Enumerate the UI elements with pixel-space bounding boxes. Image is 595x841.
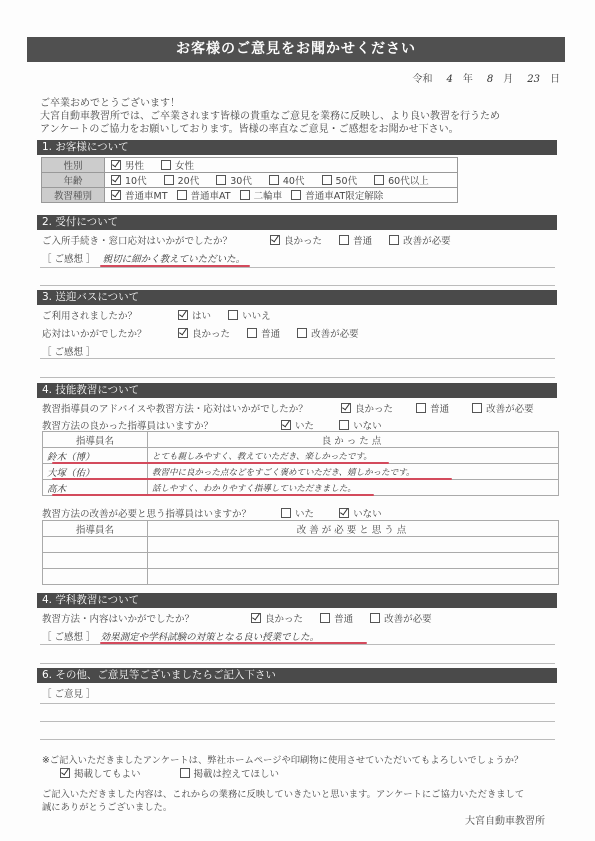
question-text: ご利用されましたか？ bbox=[42, 308, 175, 322]
option-age-10s[interactable]: 10代 bbox=[111, 173, 147, 187]
option-average[interactable]: 普通 bbox=[339, 233, 372, 247]
checkbox-icon[interactable] bbox=[228, 310, 238, 320]
option-label: いいえ bbox=[242, 311, 271, 322]
intro-line: 大宮自動車教習所では、ご卒業されます皆様の貴重なご意見を業務に反映し、より良い教… bbox=[40, 110, 560, 123]
checkbox-icon[interactable] bbox=[180, 768, 190, 778]
option-label: 良かった bbox=[265, 614, 303, 625]
option-average[interactable]: 普通 bbox=[320, 611, 353, 625]
option-needs-improvement[interactable]: 改善が必要 bbox=[472, 401, 534, 415]
checkbox-icon[interactable] bbox=[472, 403, 482, 413]
good-instructor-row: 教習方法の良かった指導員はいますか？ いた いない bbox=[42, 418, 396, 432]
day-label: 日 bbox=[550, 70, 560, 85]
checkbox-icon[interactable] bbox=[291, 190, 301, 200]
checkbox-checked-icon[interactable] bbox=[341, 403, 351, 413]
column-header: 指導員名 bbox=[43, 521, 148, 537]
instructor-name-cell[interactable] bbox=[43, 569, 148, 585]
month-label: 月 bbox=[503, 70, 513, 85]
option-average[interactable]: 普通 bbox=[416, 401, 449, 415]
row-label: 性別 bbox=[42, 158, 105, 173]
improve-point-cell[interactable] bbox=[148, 569, 559, 585]
option-good[interactable]: 良かった bbox=[270, 233, 322, 247]
instructor-name-cell[interactable] bbox=[43, 537, 148, 553]
bus-comment-row: ［ ご感想 ］ bbox=[42, 344, 96, 358]
table-header-row: 指導員名 良かった点 bbox=[43, 432, 559, 448]
bus-usage-row: ご利用されましたか？ はい いいえ bbox=[42, 308, 285, 322]
question-text: ご入所手続き・窓口応対はいかがでしたか？ bbox=[42, 233, 267, 247]
checkbox-icon[interactable] bbox=[161, 160, 171, 170]
option-at-limit-removal[interactable]: 普通車AT限定解除 bbox=[291, 188, 383, 202]
checkbox-checked-icon[interactable] bbox=[111, 175, 121, 185]
improve-instructor-row: 教習方法の改善が必要と思う指導員はいますか？ いた いない bbox=[42, 506, 396, 520]
writing-line bbox=[40, 703, 555, 704]
checkbox-icon[interactable] bbox=[374, 175, 384, 185]
option-label: 50代 bbox=[336, 176, 358, 187]
writing-line bbox=[40, 358, 555, 359]
writing-line bbox=[40, 267, 555, 268]
option-female[interactable]: 女性 bbox=[161, 158, 194, 172]
option-label: 30代 bbox=[230, 176, 252, 187]
option-label: 40代 bbox=[283, 176, 305, 187]
closing-line: ご記入いただきました内容は、これからの業務に反映していきたいと思います。アンケー… bbox=[42, 788, 524, 801]
option-none[interactable]: いない bbox=[339, 506, 382, 520]
option-label: 普通 bbox=[353, 236, 372, 247]
classroom-rating-row: 教習方法・内容はいかがでしたか？ 良かった 普通 改善が必要 bbox=[42, 611, 446, 625]
reception-comment-row: ［ ご感想 ］ 親切に細かく教えていただいた。 bbox=[42, 251, 245, 265]
option-label: いた bbox=[295, 509, 314, 520]
option-label: 掲載は控えてほしい bbox=[194, 769, 280, 780]
question-text: 教習指導員のアドバイスや教習方法・応対はいかがでしたか？ bbox=[42, 401, 338, 415]
instructor-rating-row: 教習指導員のアドバイスや教習方法・応対はいかがでしたか？ 良かった 普通 改善が… bbox=[42, 401, 548, 415]
writing-line bbox=[40, 721, 555, 722]
checkbox-checked-icon[interactable] bbox=[178, 328, 188, 338]
option-label: 改善が必要 bbox=[311, 329, 359, 340]
intro-line: ご卒業おめでとうございます！ bbox=[40, 97, 560, 110]
writing-line bbox=[40, 644, 555, 645]
red-underline bbox=[52, 478, 452, 480]
date-era: 令和 bbox=[413, 70, 433, 85]
option-label: いない bbox=[353, 509, 382, 520]
checkbox-icon[interactable] bbox=[269, 175, 279, 185]
checkbox-icon[interactable] bbox=[370, 613, 380, 623]
checkbox-checked-icon[interactable] bbox=[339, 508, 349, 518]
course-type-options: 普通車MT 普通車AT 二輪車 普通車AT限定解除 bbox=[105, 188, 458, 203]
question-text: 教習方法の良かった指導員はいますか？ bbox=[42, 418, 278, 432]
section-header-classroom-lessons: 4. 学科教習について bbox=[37, 593, 557, 608]
option-label: はい bbox=[192, 311, 211, 322]
section-header-other-comments: 6. その他、ご意見等ございましたらご記入下さい bbox=[37, 668, 557, 683]
comment-label: ［ ご意見 ］ bbox=[42, 689, 96, 700]
checkbox-icon[interactable] bbox=[240, 190, 250, 200]
date-day-input[interactable]: 23 bbox=[527, 74, 540, 85]
table-row bbox=[43, 569, 559, 585]
checkbox-checked-icon[interactable] bbox=[111, 160, 121, 170]
option-yes-there-was[interactable]: いた bbox=[281, 418, 314, 432]
date-year-input[interactable]: 4 bbox=[447, 74, 453, 85]
writing-line bbox=[40, 285, 555, 286]
comment-label: ［ ご感想 ］ bbox=[42, 347, 96, 358]
option-good[interactable]: 良かった bbox=[251, 611, 303, 625]
option-label: 普通車AT bbox=[191, 191, 231, 202]
red-underline bbox=[52, 462, 389, 464]
option-label: 普通 bbox=[334, 614, 353, 625]
option-label: 掲載してもよい bbox=[74, 769, 141, 780]
option-label: 良かった bbox=[355, 404, 393, 415]
option-label: 改善が必要 bbox=[403, 236, 451, 247]
table-header-row: 指導員名 改善が必要と思う点 bbox=[43, 521, 559, 537]
form-title: お客様のご意見をお聞かせください bbox=[27, 37, 565, 62]
classroom-comment-row: ［ ご感想 ］ 効果測定や学科試験の対策となる良い授業でした。 bbox=[42, 629, 319, 643]
section-header-shuttle-bus: 3. 送迎バスについて bbox=[37, 290, 557, 305]
checkbox-checked-icon[interactable] bbox=[111, 190, 121, 200]
option-age-40s[interactable]: 40代 bbox=[269, 173, 305, 187]
option-age-30s[interactable]: 30代 bbox=[216, 173, 252, 187]
option-none[interactable]: いない bbox=[339, 418, 382, 432]
checkbox-icon[interactable] bbox=[177, 190, 187, 200]
checkbox-icon[interactable] bbox=[320, 613, 330, 623]
option-age-50s[interactable]: 50代 bbox=[322, 173, 358, 187]
date-month-input[interactable]: 8 bbox=[487, 74, 493, 85]
option-label: 二輪車 bbox=[254, 191, 283, 202]
option-label: 改善が必要 bbox=[486, 404, 534, 415]
option-mt[interactable]: 普通車MT bbox=[111, 188, 168, 202]
year-label: 年 bbox=[463, 70, 473, 85]
table-row bbox=[43, 553, 559, 569]
age-options: 10代 20代 30代 40代 50代 60代以上 bbox=[105, 173, 458, 188]
option-needs-improvement[interactable]: 改善が必要 bbox=[370, 611, 432, 625]
intro-line: アンケートのご協力をお願いしております。皆様の率直なご意見・ご感想をお聞かせ下さ… bbox=[40, 123, 560, 136]
checkbox-icon[interactable] bbox=[164, 175, 174, 185]
option-needs-improvement[interactable]: 改善が必要 bbox=[389, 233, 451, 247]
checkbox-icon[interactable] bbox=[216, 175, 226, 185]
checkbox-icon[interactable] bbox=[281, 508, 291, 518]
checkbox-icon[interactable] bbox=[339, 235, 349, 245]
instructor-name-cell[interactable] bbox=[43, 553, 148, 569]
reception-question-row: ご入所手続き・窓口応対はいかがでしたか？ 良かった 普通 改善が必要 bbox=[42, 233, 465, 247]
option-age-20s[interactable]: 20代 bbox=[164, 173, 200, 187]
date-field: 令和 4 年 8 月 23 日 bbox=[413, 70, 560, 85]
checkbox-icon[interactable] bbox=[322, 175, 332, 185]
option-motorcycle[interactable]: 二輪車 bbox=[240, 188, 283, 202]
option-label: 普通車AT限定解除 bbox=[305, 191, 383, 202]
checkbox-checked-icon[interactable] bbox=[178, 310, 188, 320]
question-text: 教習方法・内容はいかがでしたか？ bbox=[42, 611, 248, 625]
section-header-reception: 2. 受付について bbox=[37, 215, 557, 230]
option-label: 良かった bbox=[284, 236, 322, 247]
option-label: 男性 bbox=[125, 161, 144, 172]
question-text: 応対はいかがでしたか？ bbox=[42, 326, 175, 340]
table-row: 年齢 10代 20代 30代 40代 50代 60代以上 bbox=[42, 173, 458, 188]
writing-line bbox=[40, 739, 555, 740]
closing-text: ご記入いただきました内容は、これからの業務に反映していきたいと思います。アンケー… bbox=[42, 788, 524, 814]
reception-comment-input[interactable]: 親切に細かく教えていただいた。 bbox=[103, 254, 246, 265]
gender-options: 男性 女性 bbox=[105, 158, 458, 173]
table-row: 教習種別 普通車MT 普通車AT 二輪車 普通車AT限定解除 bbox=[42, 188, 458, 203]
checkbox-checked-icon[interactable] bbox=[270, 235, 280, 245]
improve-instructor-table: 指導員名 改善が必要と思う点 bbox=[42, 520, 559, 585]
other-comment-row: ［ ご意見 ］ bbox=[42, 686, 96, 700]
consent-options: 掲載してもよい 掲載は控えてほしい bbox=[60, 766, 293, 780]
section-header-customer: 1. お客様について bbox=[37, 140, 557, 155]
writing-line bbox=[40, 377, 555, 378]
row-label: 年齢 bbox=[42, 173, 105, 188]
customer-info-table: 性別 男性 女性 年齢 10代 20代 30代 40代 50代 60代以上 教習… bbox=[41, 157, 458, 203]
option-label: 女性 bbox=[175, 161, 194, 172]
checkbox-icon[interactable] bbox=[297, 328, 307, 338]
option-label: 60代以上 bbox=[388, 176, 429, 187]
option-male[interactable]: 男性 bbox=[111, 158, 144, 172]
option-label: 普通車MT bbox=[125, 191, 168, 202]
section-header-driving-lessons: 4. 技能教習について bbox=[37, 383, 557, 398]
option-yes-there-was[interactable]: いた bbox=[281, 506, 314, 520]
option-needs-improvement[interactable]: 改善が必要 bbox=[297, 326, 359, 340]
question-text: 教習方法の改善が必要と思う指導員はいますか？ bbox=[42, 506, 278, 520]
column-header: 改善が必要と思う点 bbox=[148, 521, 559, 537]
checkbox-checked-icon[interactable] bbox=[281, 420, 291, 430]
intro-text: ご卒業おめでとうございます！ 大宮自動車教習所では、ご卒業されます皆様の貴重なご… bbox=[40, 97, 560, 136]
comment-label: ［ ご感想 ］ bbox=[42, 632, 96, 643]
bus-service-row: 応対はいかがでしたか？ 良かった 普通 改善が必要 bbox=[42, 326, 373, 340]
option-average[interactable]: 普通 bbox=[247, 326, 280, 340]
option-at[interactable]: 普通車AT bbox=[177, 188, 231, 202]
table-row bbox=[43, 537, 559, 553]
checkbox-icon[interactable] bbox=[416, 403, 426, 413]
option-yes[interactable]: はい bbox=[178, 308, 211, 322]
table-row: 性別 男性 女性 bbox=[42, 158, 458, 173]
option-no[interactable]: いいえ bbox=[228, 308, 271, 322]
option-good[interactable]: 良かった bbox=[178, 326, 230, 340]
option-label: 普通 bbox=[261, 329, 280, 340]
option-allow-publish[interactable]: 掲載してもよい bbox=[60, 766, 141, 780]
option-label: 良かった bbox=[192, 329, 230, 340]
row-label: 教習種別 bbox=[42, 188, 105, 203]
comment-label: ［ ご感想 ］ bbox=[42, 254, 96, 265]
option-label: 10代 bbox=[125, 176, 147, 187]
organization-name: 大宮自動車教習所 bbox=[465, 812, 545, 827]
consent-question: ※ご記入いただきましたアンケートは、弊社ホームページや印刷物に使用させていただい… bbox=[42, 752, 523, 766]
red-underline bbox=[52, 494, 374, 496]
option-decline-publish[interactable]: 掲載は控えてほしい bbox=[180, 766, 280, 780]
checkbox-icon[interactable] bbox=[339, 420, 349, 430]
option-label: 普通 bbox=[430, 404, 449, 415]
closing-line: 誠にありがとうございました。 bbox=[42, 801, 524, 814]
option-age-60s-plus[interactable]: 60代以上 bbox=[374, 173, 429, 187]
checkbox-icon[interactable] bbox=[247, 328, 257, 338]
option-label: 20代 bbox=[178, 176, 200, 187]
option-label: 改善が必要 bbox=[384, 614, 432, 625]
column-header: 良かった点 bbox=[148, 432, 559, 448]
option-good[interactable]: 良かった bbox=[341, 401, 393, 415]
checkbox-checked-icon[interactable] bbox=[251, 613, 261, 623]
improve-point-cell[interactable] bbox=[148, 537, 559, 553]
checkbox-checked-icon[interactable] bbox=[60, 768, 70, 778]
checkbox-icon[interactable] bbox=[389, 235, 399, 245]
writing-line bbox=[40, 663, 555, 664]
column-header: 指導員名 bbox=[43, 432, 148, 448]
improve-point-cell[interactable] bbox=[148, 553, 559, 569]
